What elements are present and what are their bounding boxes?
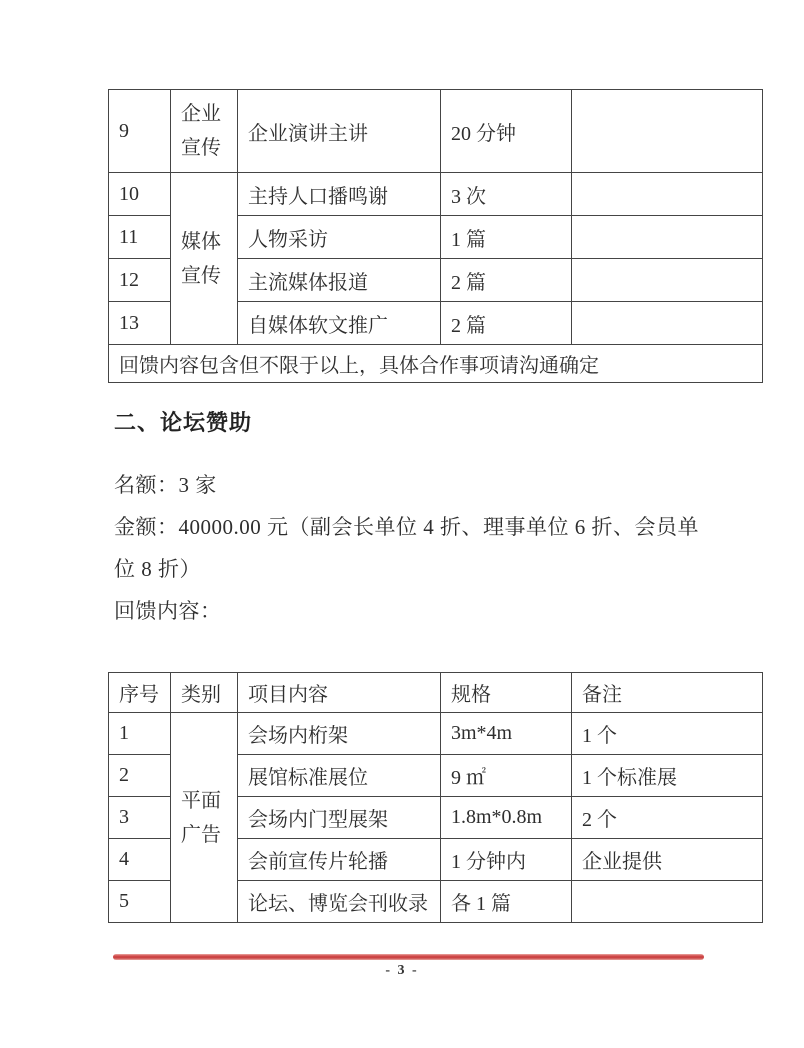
note-cell: 1 个 <box>572 713 763 755</box>
header-item: 项目内容 <box>238 673 441 713</box>
item-cell: 论坛、博览会刊收录 <box>238 881 441 923</box>
category-cell: 媒体宣传 <box>171 173 238 345</box>
category-cell: 企业宣传 <box>171 90 238 173</box>
item-cell: 企业演讲主讲 <box>238 90 441 173</box>
spec-cell: 2 篇 <box>441 259 572 302</box>
item-cell: 主持人口播鸣谢 <box>238 173 441 216</box>
table-footer-note: 回馈内容包含但不限于以上，具体合作事项请沟通确定 <box>109 345 763 383</box>
header-no: 序号 <box>109 673 171 713</box>
header-spec: 规格 <box>441 673 572 713</box>
reward-content-label: 回馈内容： <box>114 595 222 625</box>
spec-cell: 20 分钟 <box>441 90 572 173</box>
document-page: 9 企业宣传 企业演讲主讲 20 分钟 10 媒体宣传 主持人口播鸣谢 3 次 … <box>0 0 804 1048</box>
spec-cell: 1 分钟内 <box>441 839 572 881</box>
spec-cell: 3m*4m <box>441 713 572 755</box>
row-number: 2 <box>109 755 171 797</box>
note-cell <box>572 302 763 345</box>
header-category: 类别 <box>171 673 238 713</box>
item-cell: 会前宣传片轮播 <box>238 839 441 881</box>
item-cell: 主流媒体报道 <box>238 259 441 302</box>
row-number: 3 <box>109 797 171 839</box>
row-number: 13 <box>109 302 171 345</box>
amount-line-2: 位 8 折） <box>114 553 201 583</box>
row-number: 1 <box>109 713 171 755</box>
spec-cell: 各 1 篇 <box>441 881 572 923</box>
category-label: 企业宣传 <box>181 97 221 165</box>
spec-cell: 9 ㎡ <box>441 755 572 797</box>
table-row: 9 企业宣传 企业演讲主讲 20 分钟 <box>109 90 763 173</box>
item-cell: 会场内桁架 <box>238 713 441 755</box>
row-number: 5 <box>109 881 171 923</box>
table-row: 10 媒体宣传 主持人口播鸣谢 3 次 <box>109 173 763 216</box>
red-divider-rule <box>113 954 704 960</box>
row-number: 9 <box>109 90 171 173</box>
category-label: 媒体宣传 <box>181 225 221 293</box>
page-number: - 3 - <box>0 963 804 979</box>
table-footer-row: 回馈内容包含但不限于以上，具体合作事项请沟通确定 <box>109 345 763 383</box>
note-cell: 1 个标准展 <box>572 755 763 797</box>
header-note: 备注 <box>572 673 763 713</box>
forum-rewards-table: 序号 类别 项目内容 规格 备注 1 平面广告 会场内桁架 3m*4m 1 个 … <box>108 672 763 923</box>
note-cell: 企业提供 <box>572 839 763 881</box>
item-cell: 自媒体软文推广 <box>238 302 441 345</box>
note-cell <box>572 90 763 173</box>
section-heading: 二、论坛赞助 <box>114 406 252 437</box>
table-header-row: 序号 类别 项目内容 规格 备注 <box>109 673 763 713</box>
row-number: 10 <box>109 173 171 216</box>
spec-cell: 2 篇 <box>441 302 572 345</box>
table-row: 1 平面广告 会场内桁架 3m*4m 1 个 <box>109 713 763 755</box>
sponsor-rewards-table-top: 9 企业宣传 企业演讲主讲 20 分钟 10 媒体宣传 主持人口播鸣谢 3 次 … <box>108 89 763 383</box>
item-cell: 会场内门型展架 <box>238 797 441 839</box>
row-number: 12 <box>109 259 171 302</box>
category-cell: 平面广告 <box>171 713 238 923</box>
spec-cell: 1 篇 <box>441 216 572 259</box>
note-cell <box>572 881 763 923</box>
item-cell: 展馆标准展位 <box>238 755 441 797</box>
note-cell <box>572 173 763 216</box>
item-cell: 人物采访 <box>238 216 441 259</box>
amount-line-1: 金额：40000.00 元（副会长单位 4 折、理事单位 6 折、会员单 <box>114 511 699 541</box>
quota-line: 名额：3 家 <box>114 469 217 499</box>
note-cell: 2 个 <box>572 797 763 839</box>
spec-cell: 1.8m*0.8m <box>441 797 572 839</box>
note-cell <box>572 259 763 302</box>
row-number: 11 <box>109 216 171 259</box>
note-cell <box>572 216 763 259</box>
category-label: 平面广告 <box>181 784 221 852</box>
row-number: 4 <box>109 839 171 881</box>
spec-cell: 3 次 <box>441 173 572 216</box>
